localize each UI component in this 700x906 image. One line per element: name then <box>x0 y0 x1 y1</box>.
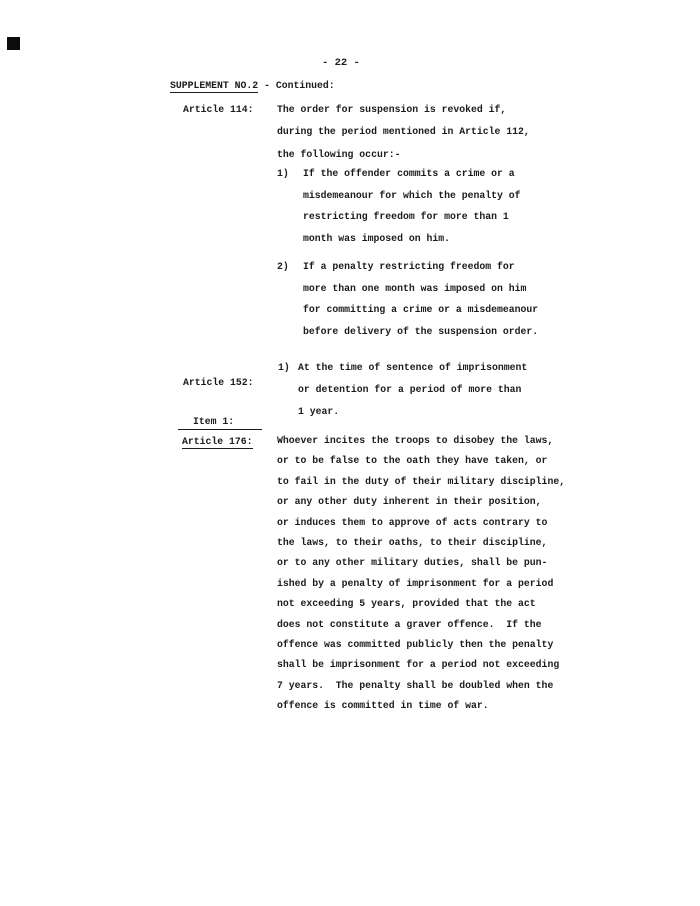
supplement-header-title: SUPPLEMENT NO.2 <box>170 80 258 93</box>
text-line: the laws, to their oaths, to their disci… <box>277 533 565 553</box>
supplement-header-suffix: - Continued: <box>258 80 334 91</box>
text-line: offence was committed publicly then the … <box>277 635 565 655</box>
text-line: misdemeanour for which the penalty of <box>303 185 521 207</box>
text-line: does not constitute a graver offence. If… <box>277 615 565 635</box>
scan-artifact-mark <box>7 37 20 50</box>
article-114-label: Article 114: <box>183 104 254 115</box>
article-152-sublabel-row: Item 1: <box>183 415 262 430</box>
text-line: for committing a crime or a misdemeanour <box>303 299 538 321</box>
article-176-text: Whoever incites the troops to disobey th… <box>277 431 565 717</box>
article-152-label: Article 152: <box>183 376 262 389</box>
text-line: offence is committed in time of war. <box>277 696 565 716</box>
text-line: more than one month was imposed on him <box>303 278 538 300</box>
text-line: 7 years. The penalty shall be doubled wh… <box>277 676 565 696</box>
item-text: At the time of sentence of imprisonmento… <box>298 357 527 423</box>
text-line: 1 year. <box>298 401 527 423</box>
text-line: or detention for a period of more than <box>298 379 527 401</box>
text-line: ished by a penalty of imprisonment for a… <box>277 574 565 594</box>
text-line: or induces them to approve of acts contr… <box>277 513 565 533</box>
text-line: shall be imprisonment for a period not e… <box>277 655 565 675</box>
text-line: Whoever incites the troops to disobey th… <box>277 431 565 451</box>
text-line: or any other duty inherent in their posi… <box>277 492 565 512</box>
article-152-item-1: 1) At the time of sentence of imprisonme… <box>278 357 527 423</box>
supplement-header: SUPPLEMENT NO.2 - Continued: <box>170 80 335 91</box>
text-line: If the offender commits a crime or a <box>303 163 521 185</box>
article-114-item-2: 2) If a penalty restricting freedom form… <box>277 256 538 342</box>
text-line: If a penalty restricting freedom for <box>303 256 538 278</box>
text-line: not exceeding 5 years, provided that the… <box>277 594 565 614</box>
text-line: The order for suspension is revoked if, <box>277 99 530 121</box>
item-text: If a penalty restricting freedom formore… <box>303 256 538 342</box>
article-114-item-1: 1) If the offender commits a crime or am… <box>277 163 521 249</box>
item-number: 1) <box>278 357 290 379</box>
item-number: 2) <box>277 256 289 278</box>
document-page: - 22 - SUPPLEMENT NO.2 - Continued: Arti… <box>0 0 700 906</box>
text-line: or to be false to the oath they have tak… <box>277 451 565 471</box>
item-text: If the offender commits a crime or amisd… <box>303 163 521 249</box>
text-line: before delivery of the suspension order. <box>303 321 538 343</box>
page-number: - 22 - <box>322 57 360 69</box>
article-176-label: Article 176: <box>182 436 253 447</box>
article-176-label-text: Article 176: <box>182 436 253 449</box>
text-line: At the time of sentence of imprisonment <box>298 357 527 379</box>
item-number: 1) <box>277 163 289 185</box>
article-114-intro-text: The order for suspension is revoked if,d… <box>277 99 530 166</box>
text-line: month was imposed on him. <box>303 228 521 250</box>
article-152-sublabel: Item 1: <box>178 415 262 430</box>
text-line: to fail in the duty of their military di… <box>277 472 565 492</box>
text-line: during the period mentioned in Article 1… <box>277 121 530 143</box>
text-line: restricting freedom for more than 1 <box>303 206 521 228</box>
text-line: or to any other military duties, shall b… <box>277 553 565 573</box>
